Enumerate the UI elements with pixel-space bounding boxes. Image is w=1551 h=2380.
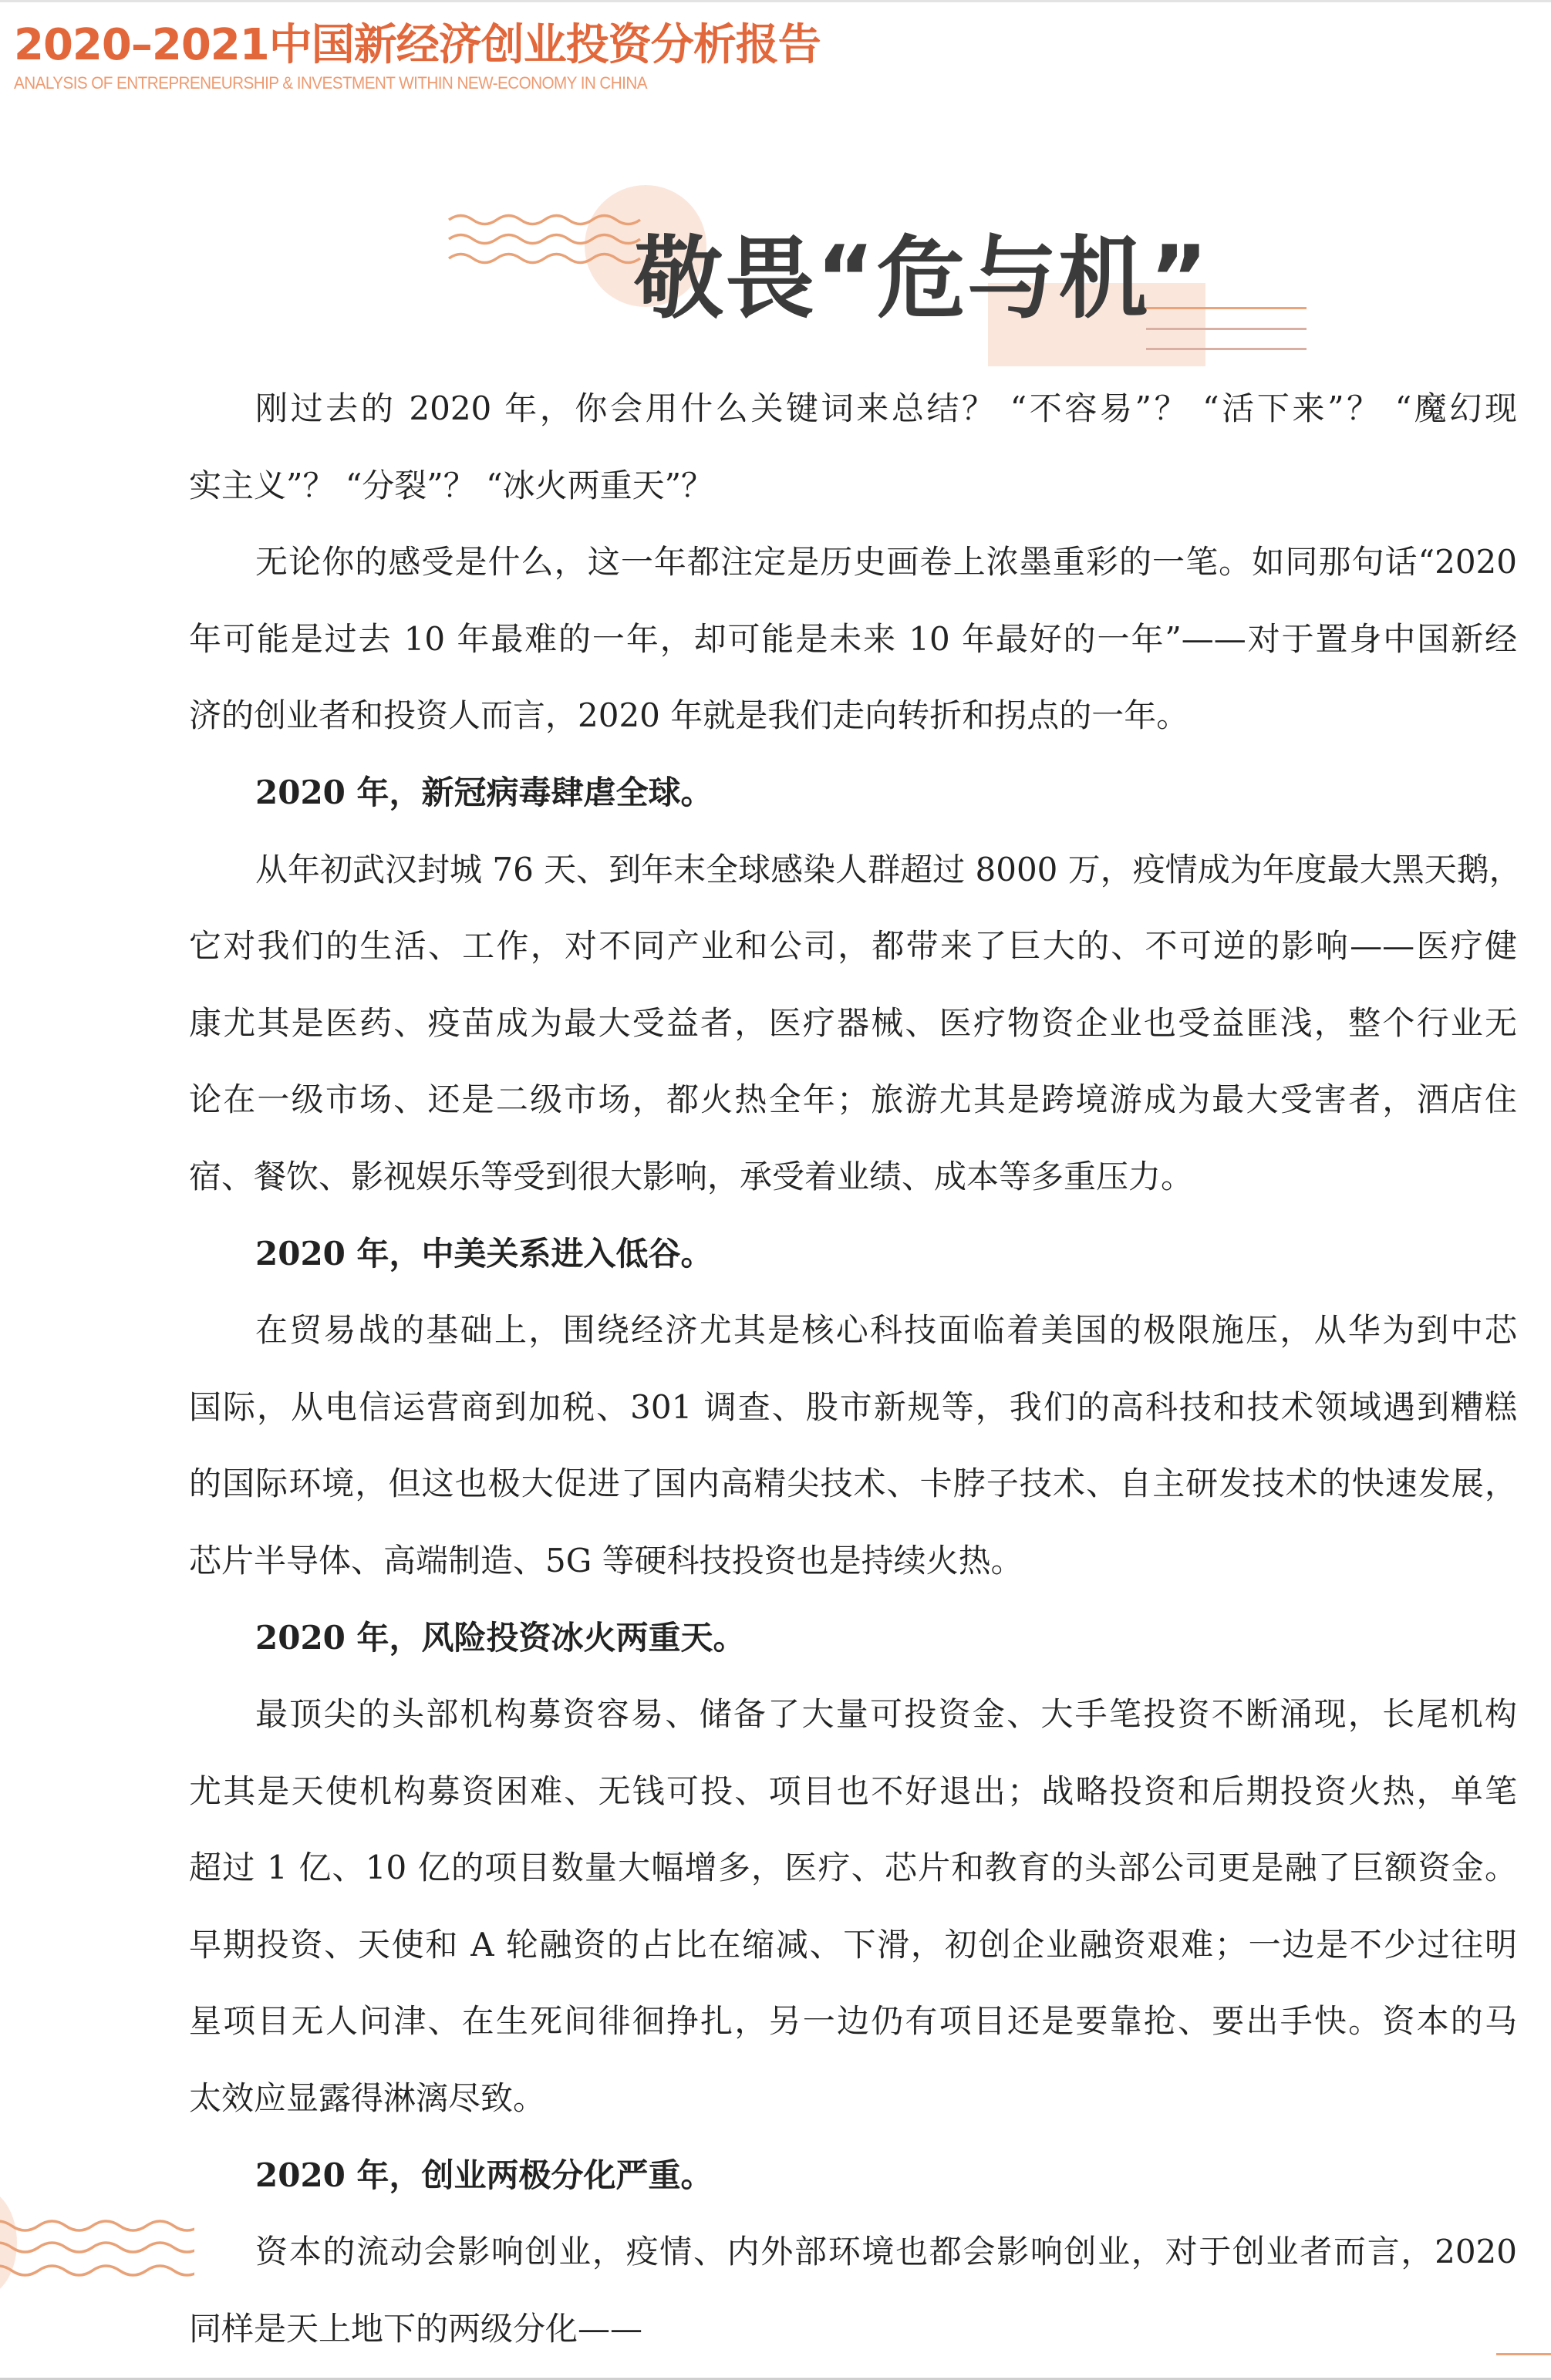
paragraph-line: 无论你的感受是什么，这一年都注定是历史画卷上浓墨重彩的一笔。如同那句话“2020 <box>189 539 1517 616</box>
wave-lines-icon <box>0 2215 194 2284</box>
section-heading: 2020 年，创业两极分化严重。 <box>189 2152 1517 2230</box>
paragraph-line: 超过 1 亿、10 亿的项目数量大幅增多，医疗、芯片和教育的头部公司更是融了巨额… <box>189 1845 1517 1922</box>
paragraph-line: 尤其是天使机构募资困难、无钱可投、项目也不好退出；战略投资和后期投资火热，单笔 <box>189 1768 1517 1846</box>
chapter-title: 敬畏“危与机” <box>634 225 1209 333</box>
report-subtitle: ANALYSIS OF ENTREPRENEURSHIP & INVESTMEN… <box>14 72 782 94</box>
paragraph-line: 济的创业者和投资人而言，2020 年就是我们走向转折和拐点的一年。 <box>189 693 1517 770</box>
report-header: 2020–2021中国新经济创业投资分析报告 ANALYSIS OF ENTRE… <box>14 20 831 94</box>
paragraph-line: 星项目无人问津、在生死间徘徊挣扎，另一边仍有项目还是要靠抢、要出手快。资本的马 <box>189 1998 1517 2075</box>
paragraph-line: 实主义”？ “分裂”？ “冰火两重天”？ <box>189 463 1517 540</box>
paragraph-line: 的国际环境，但这也极大促进了国内高精尖技术、卡脖子技术、自主研发技术的快速发展， <box>189 1461 1517 1538</box>
paragraph-line: 刚过去的 2020 年，你会用什么关键词来总结？ “不容易”？ “活下来”？ “… <box>189 386 1517 463</box>
paragraph-line: 国际，从电信运营商到加税、301 调查、股市新规等，我们的高科技和技术领域遇到糟… <box>189 1384 1517 1461</box>
paragraph-line: 太效应显露得淋漓尽致。 <box>189 2075 1517 2152</box>
paragraph-line: 同样是天上地下的两级分化—— <box>189 2306 1517 2380</box>
paragraph-line: 芯片半导体、高端制造、5G 等硬科技投资也是持续火热。 <box>189 1538 1517 1615</box>
paragraph-line: 早期投资、天使和 A 轮融资的占比在缩减、下滑，初创企业融资艰难；一边是不少过往… <box>189 1922 1517 1999</box>
paragraph-line: 它对我们的生活、工作，对不同产业和公司，都带来了巨大的、不可逆的影响——医疗健 <box>189 923 1517 1000</box>
wave-lines-icon <box>447 210 644 268</box>
paragraph-line: 康尤其是医药、疫苗成为最大受益者，医疗器械、医疗物资企业也受益匪浅，整个行业无 <box>189 1000 1517 1077</box>
report-title: 2020–2021中国新经济创业投资分析报告 <box>14 20 831 71</box>
paragraph-line: 论在一级市场、还是二级市场，都火热全年；旅游尤其是跨境游成为最大受害者，酒店住 <box>189 1077 1517 1154</box>
paragraph-line: 从年初武汉封城 76 天、到年末全球感染人群超过 8000 万，疫情成为年度最大… <box>189 847 1517 924</box>
paragraph-line: 资本的流动会影响创业，疫情、内外部环境也都会影响创业，对于创业者而言，2020 <box>189 2229 1517 2306</box>
paragraph-line: 年可能是过去 10 年最难的一年，却可能是未来 10 年最好的一年”——对于置身… <box>189 616 1517 693</box>
paragraph-line: 在贸易战的基础上，围绕经济尤其是核心科技面临着美国的极限施压，从华为到中芯 <box>189 1307 1517 1384</box>
section-heading: 2020 年，中美关系进入低谷。 <box>189 1231 1517 1308</box>
page-top-edge <box>0 0 1551 2</box>
section-heading: 2020 年，风险投资冰火两重天。 <box>189 1615 1517 1692</box>
article-body: 刚过去的 2020 年，你会用什么关键词来总结？ “不容易”？ “活下来”？ “… <box>189 386 1517 2380</box>
stripe-line-icon <box>1146 348 1307 350</box>
section-heading: 2020 年，新冠病毒肆虐全球。 <box>189 770 1517 847</box>
paragraph-line: 宿、餐饮、影视娱乐等受到很大影响，承受着业绩、成本等多重压力。 <box>189 1154 1517 1231</box>
paragraph-line: 最顶尖的头部机构募资容易、储备了大量可投资金、大手笔投资不断涌现，长尾机构 <box>189 1691 1517 1768</box>
